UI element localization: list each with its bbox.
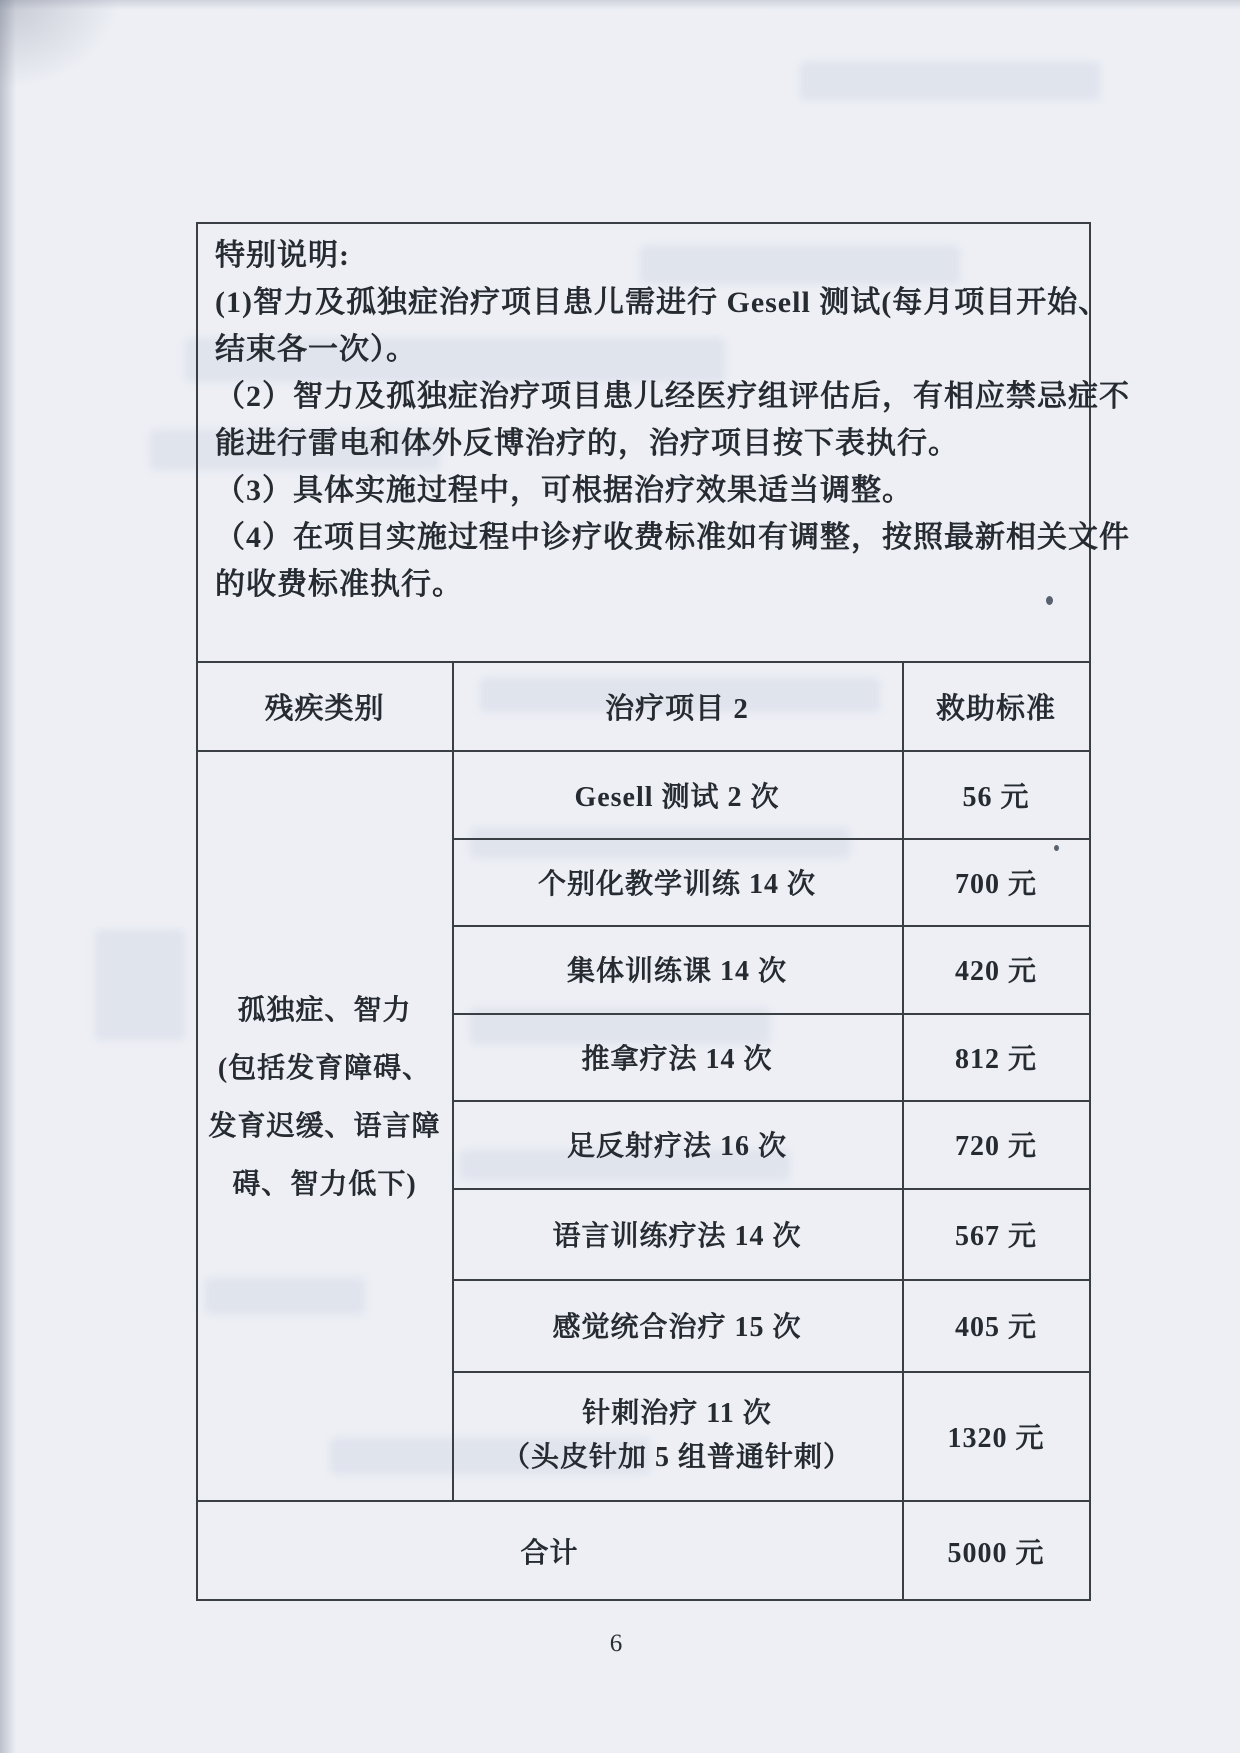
scanned-document-page: 特别说明: (1)智力及孤独症治疗项目患儿需进行 Gesell 测试(每月项目开… xyxy=(0,0,1240,1753)
bleed-through-artifact xyxy=(95,930,185,1040)
notes-line-2: 结束各一次）。 xyxy=(215,333,1095,367)
project-cell: 足反射疗法 16 次 xyxy=(452,1100,902,1188)
amount-cell: 720 元 xyxy=(902,1100,1090,1188)
project-cell: 个别化教学训练 14 次 xyxy=(452,838,902,925)
header-standard: 救助标准 xyxy=(902,662,1090,750)
scan-shadow-corner xyxy=(0,0,120,90)
total-amount-cell: 5000 元 xyxy=(902,1501,1090,1600)
project-cell: 集体训练课 14 次 xyxy=(452,925,902,1013)
header-project: 治疗项目 2 xyxy=(452,662,902,750)
amount-cell: 420 元 xyxy=(902,925,1090,1013)
notes-line-7: 的收费标准执行。 xyxy=(215,568,1095,602)
project-cell: Gesell 测试 2 次 xyxy=(452,751,902,838)
project-cell: 针刺治疗 11 次 （头皮针加 5 组普通针刺） xyxy=(452,1371,902,1500)
category-line: (包括发育障碍、 xyxy=(218,1040,431,1098)
notes-line-6: （4）在项目实施过程中诊疗收费标准如有调整，按照最新相关文件 xyxy=(215,521,1095,555)
category-cell: 孤独症、智力 (包括发育障碍、 发育迟缓、语言障 碍、智力低下) xyxy=(197,723,452,1473)
amount-cell: 700 元 xyxy=(902,838,1090,925)
bleed-through-artifact xyxy=(800,62,1100,100)
category-line: 孤独症、智力 xyxy=(237,982,411,1040)
total-label-cell: 合计 xyxy=(197,1501,902,1600)
notes-line-4: 能进行雷电和体外反博治疗的，治疗项目按下表执行。 xyxy=(215,427,1095,461)
notes-line-5: （3）具体实施过程中，可根据治疗效果适当调整。 xyxy=(215,474,1095,508)
project-cell: 感觉统合治疗 15 次 xyxy=(452,1279,902,1371)
scan-shadow-left xyxy=(0,0,16,1753)
amount-cell: 1320 元 xyxy=(902,1371,1090,1500)
scan-shadow-top xyxy=(0,0,1240,10)
amount-cell: 812 元 xyxy=(902,1013,1090,1100)
project-cell: 推拿疗法 14 次 xyxy=(452,1013,902,1100)
category-line: 发育迟缓、语言障 xyxy=(208,1098,440,1156)
amount-cell: 405 元 xyxy=(902,1279,1090,1371)
notes-line-1: (1)智力及孤独症治疗项目患儿需进行 Gesell 测试(每月项目开始、 xyxy=(215,286,1095,320)
amount-cell: 567 元 xyxy=(902,1188,1090,1279)
category-line: 碍、智力低下) xyxy=(232,1156,416,1214)
notes-title: 特别说明: xyxy=(215,239,1095,273)
amount-cell: 56 元 xyxy=(902,751,1090,838)
page-number: 6 xyxy=(586,1630,646,1658)
notes-line-3: （2）智力及孤独症治疗项目患儿经医疗组评估后，有相应禁忌症不 xyxy=(215,380,1095,414)
project-cell: 语言训练疗法 14 次 xyxy=(452,1188,902,1279)
